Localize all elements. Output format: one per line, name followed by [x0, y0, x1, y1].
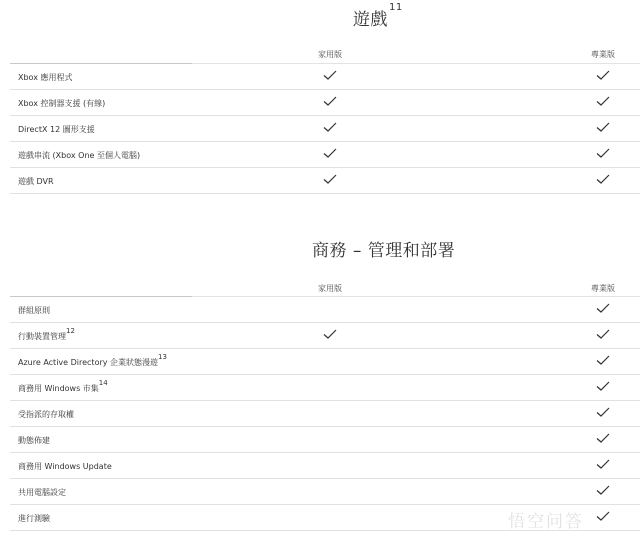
- table-row: 行動裝置管理12: [10, 323, 640, 349]
- checkmark-icon: [596, 458, 610, 470]
- table-row: 進行測驗: [10, 505, 640, 531]
- feature-footnote: 13: [158, 353, 167, 361]
- table-row: 商務用 Windows Update: [10, 453, 640, 479]
- feature-label: 動態佈建: [18, 435, 50, 446]
- checkmark-icon: [596, 510, 610, 522]
- feature-label: 受指派的存取權: [18, 409, 74, 420]
- feature-label: 商務用 Windows 市集14: [18, 383, 108, 394]
- table-row: Azure Active Directory 企業狀態漫遊13: [10, 349, 640, 375]
- feature-label: 群組原則: [18, 305, 50, 316]
- feature-label-text: 群組原則: [18, 306, 50, 315]
- business-comparison-table: 家用版 專業版 群組原則 行動裝置管理12 Azure Active Direc…: [10, 0, 640, 540]
- table-row: 共用電腦設定: [10, 479, 640, 505]
- checkmark-icon: [323, 328, 337, 340]
- feature-label: 行動裝置管理12: [18, 331, 75, 342]
- feature-label-text: 商務用 Windows 市集: [18, 384, 99, 393]
- feature-label: 共用電腦設定: [18, 487, 66, 498]
- checkmark-icon: [596, 354, 610, 366]
- checkmark-icon: [596, 432, 610, 444]
- checkmark-icon: [596, 328, 610, 340]
- feature-label-text: 動態佈建: [18, 436, 50, 445]
- feature-label-text: Azure Active Directory 企業狀態漫遊: [18, 358, 158, 367]
- feature-label-text: 商務用 Windows Update: [18, 462, 112, 471]
- checkmark-icon: [596, 484, 610, 496]
- feature-label: 進行測驗: [18, 513, 50, 524]
- feature-label-text: 受指派的存取權: [18, 410, 74, 419]
- feature-label-text: 共用電腦設定: [18, 488, 66, 497]
- table-row: 受指派的存取權: [10, 401, 640, 427]
- feature-footnote: 14: [99, 379, 108, 387]
- feature-footnote: 12: [66, 327, 75, 335]
- feature-label: Azure Active Directory 企業狀態漫遊13: [18, 357, 167, 368]
- column-header-pro: 專業版: [591, 283, 615, 294]
- feature-label: 商務用 Windows Update: [18, 461, 112, 472]
- checkmark-icon: [596, 380, 610, 392]
- checkmark-icon: [596, 302, 610, 314]
- checkmark-icon: [596, 406, 610, 418]
- column-header-home: 家用版: [318, 283, 342, 294]
- table-row: 動態佈建: [10, 427, 640, 453]
- feature-label-text: 行動裝置管理: [18, 332, 66, 341]
- table-row: 商務用 Windows 市集14: [10, 375, 640, 401]
- table-row: 群組原則: [10, 297, 640, 323]
- feature-label-text: 進行測驗: [18, 514, 50, 523]
